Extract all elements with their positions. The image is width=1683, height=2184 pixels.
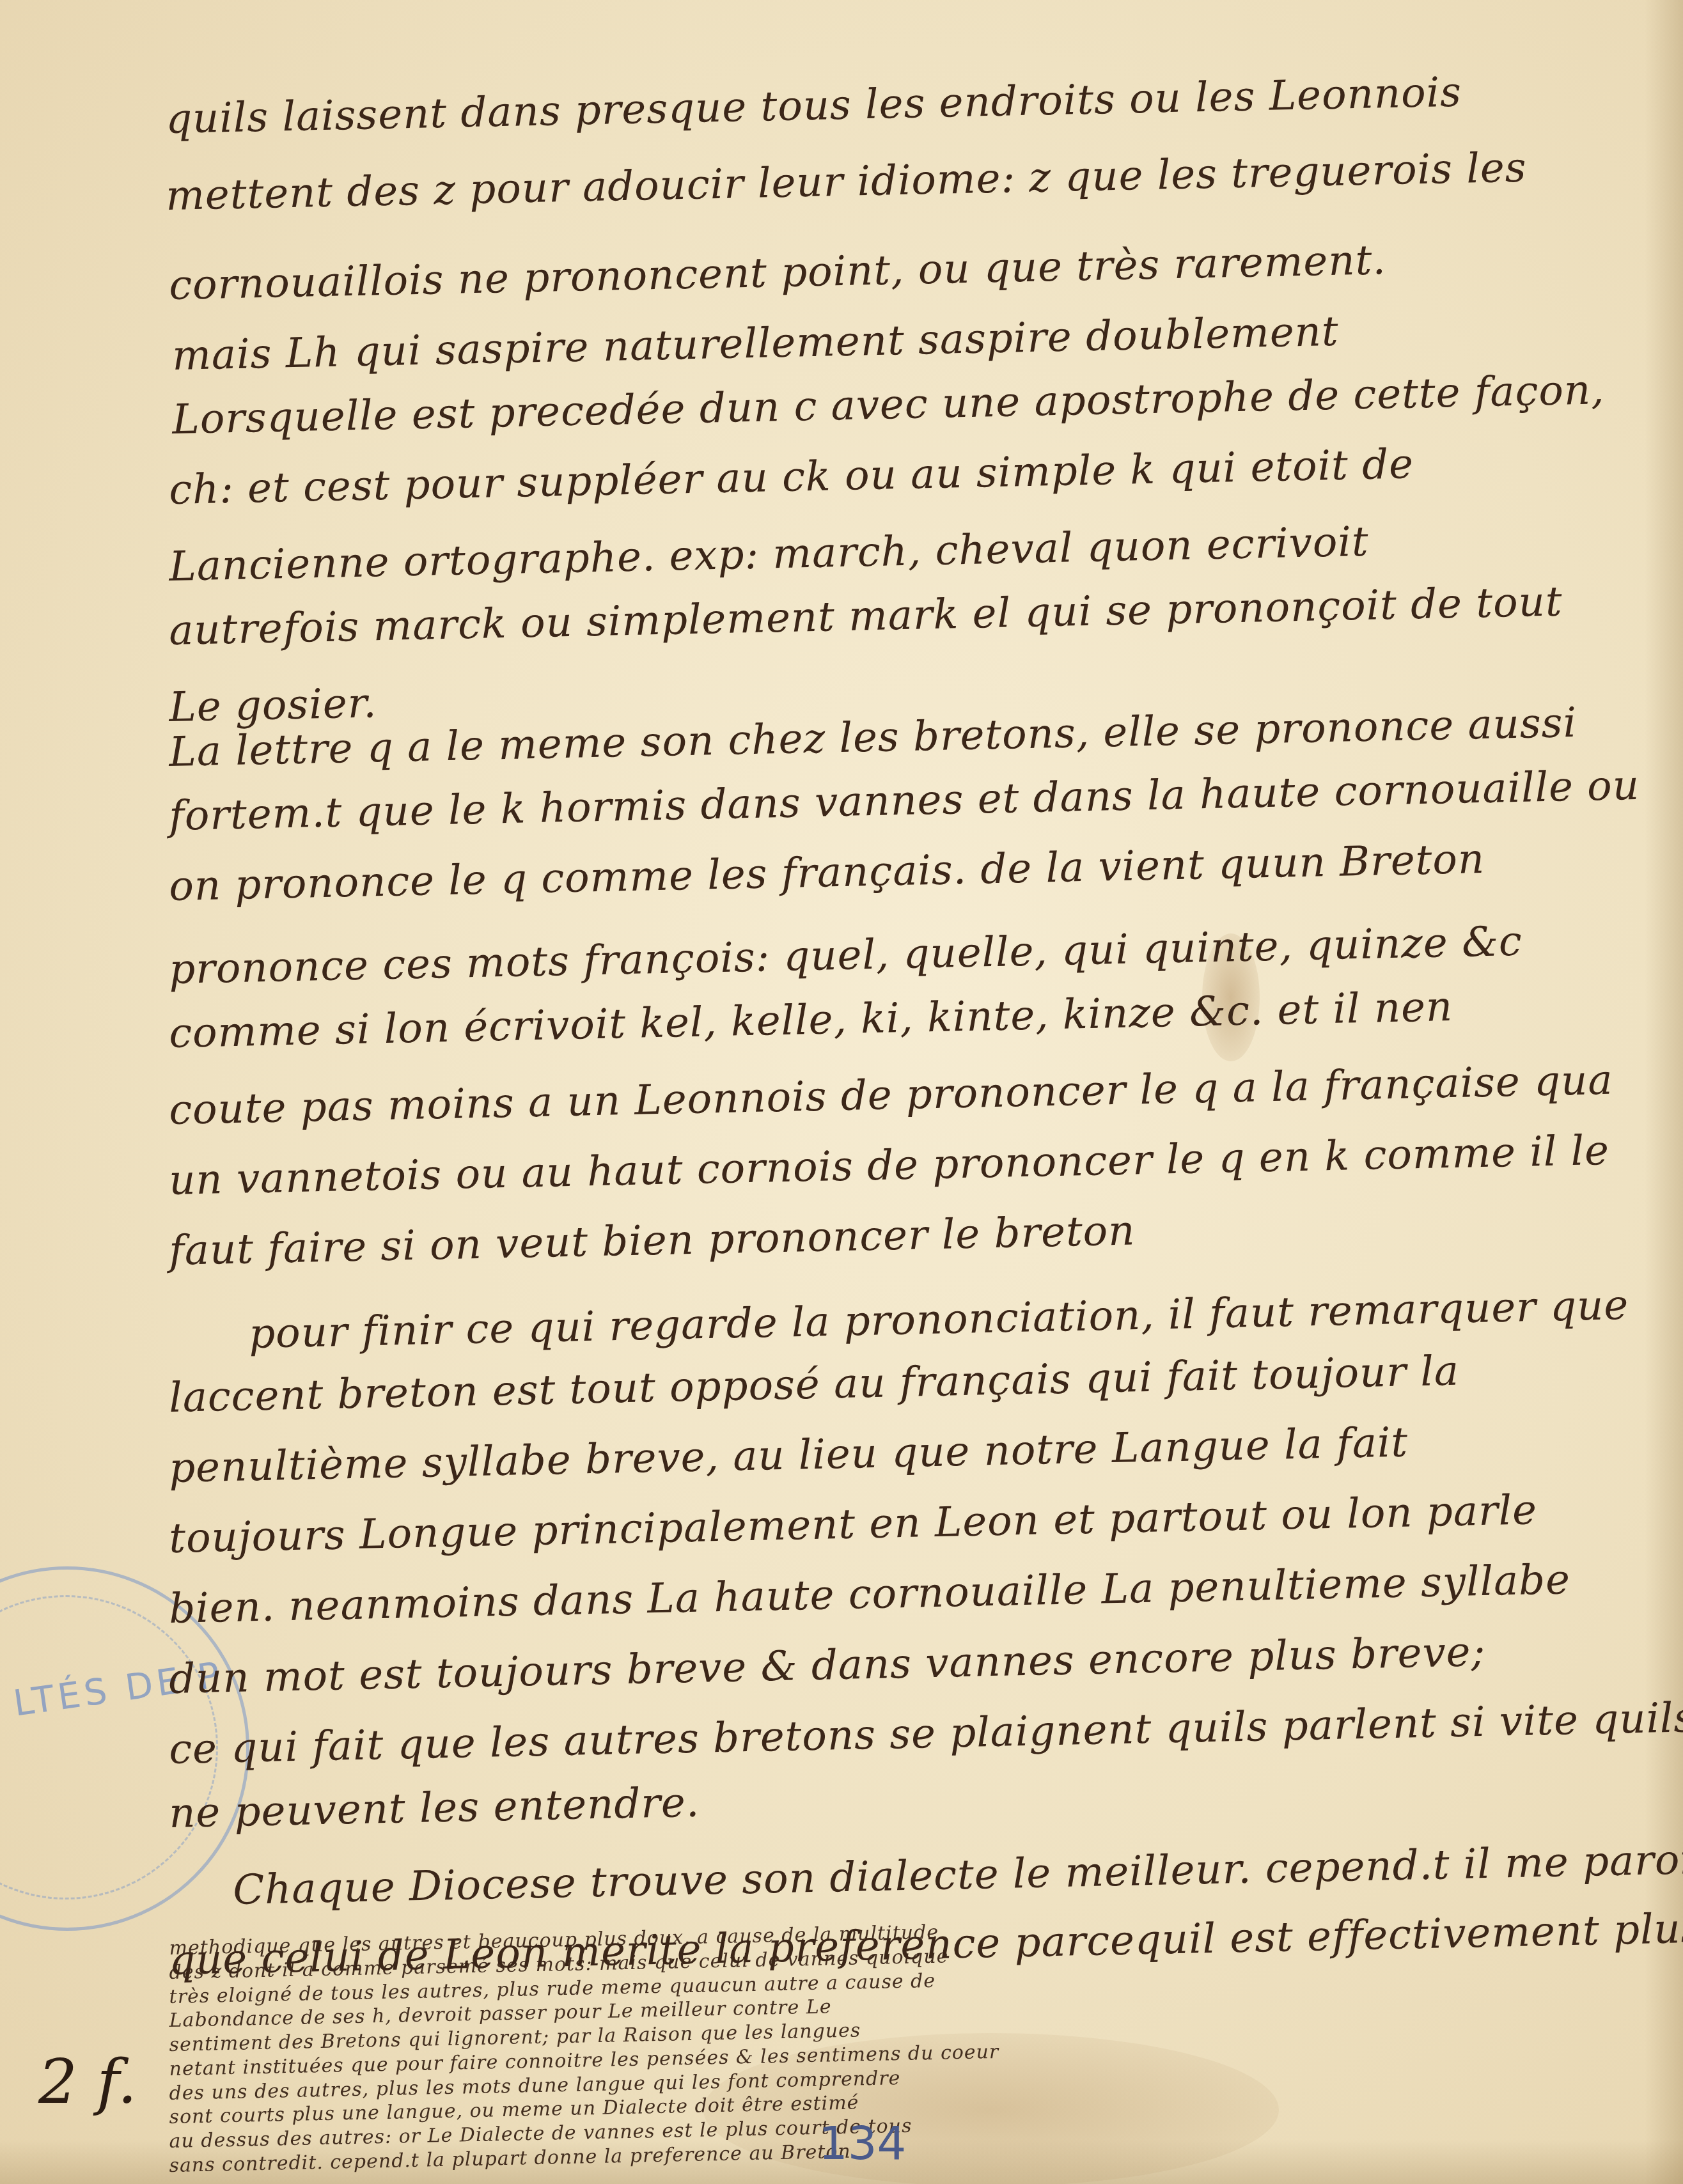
- manuscript-line: La lettre q a le meme son chez les breto…: [168, 699, 1577, 776]
- manuscript-line: penultième syllabe breve, au lieu que no…: [168, 1419, 1408, 1492]
- manuscript-line: un vannetois ou au haut cornois de prono…: [168, 1127, 1609, 1205]
- manuscript-line: ce qui fait que les autres bretons se pl…: [168, 1694, 1683, 1774]
- manuscript-line: coute pas moins a un Leonnois de prononc…: [168, 1057, 1613, 1134]
- manuscript-line: mais Lh qui saspire naturellement saspir…: [171, 308, 1339, 380]
- manuscript-line: quils laissent dans presque tous les end…: [165, 69, 1462, 143]
- manuscript-line: Chaque Diocese trouve son dialecte le me…: [232, 1836, 1683, 1914]
- manuscript-line: faut faire si on veut bien prononcer le …: [168, 1207, 1136, 1275]
- manuscript-line: dun mot est toujours breve & dans vannes…: [168, 1628, 1485, 1703]
- margin-note: 2 f.: [38, 2046, 137, 2118]
- manuscript-line: laccent breton est tout opposé au frança…: [168, 1348, 1459, 1422]
- manuscript-line: bien. neanmoins dans La haute cornouaill…: [168, 1556, 1570, 1633]
- folio-number: 134: [818, 2116, 906, 2170]
- manuscript-line: toujours Longue principalement en Leon e…: [168, 1486, 1537, 1563]
- manuscript-line: comme si lon écrivoit kel, kelle, ki, ki…: [168, 983, 1453, 1057]
- manuscript-line: ne peuvent les entendre.: [168, 1779, 700, 1837]
- manuscript-line: cornouaillois ne prononcent point, ou qu…: [168, 237, 1386, 309]
- manuscript-line: pour finir ce qui regarde la prononciati…: [248, 1282, 1629, 1358]
- manuscript-line: on prononce le q comme les français. de …: [168, 836, 1485, 910]
- manuscript-line: Lancienne ortographe. exp: march, cheval…: [168, 519, 1369, 591]
- manuscript-line: ch: et cest pour suppléer au ck ou au si…: [168, 441, 1414, 514]
- manuscript-line: mettent des z pour adoucir leur idiome: …: [165, 144, 1527, 220]
- manuscript-line: fortem.t que le k hormis dans vannes et …: [168, 762, 1640, 840]
- manuscript-line: prononce ces mots françois: quel, quelle…: [168, 918, 1523, 994]
- manuscript-line: Le gosier.: [168, 680, 377, 731]
- manuscript-line: autrefois marck ou simplement mark el qu…: [168, 578, 1563, 655]
- manuscript-line: Lorsquelle est precedée dun c avec une a…: [171, 366, 1605, 444]
